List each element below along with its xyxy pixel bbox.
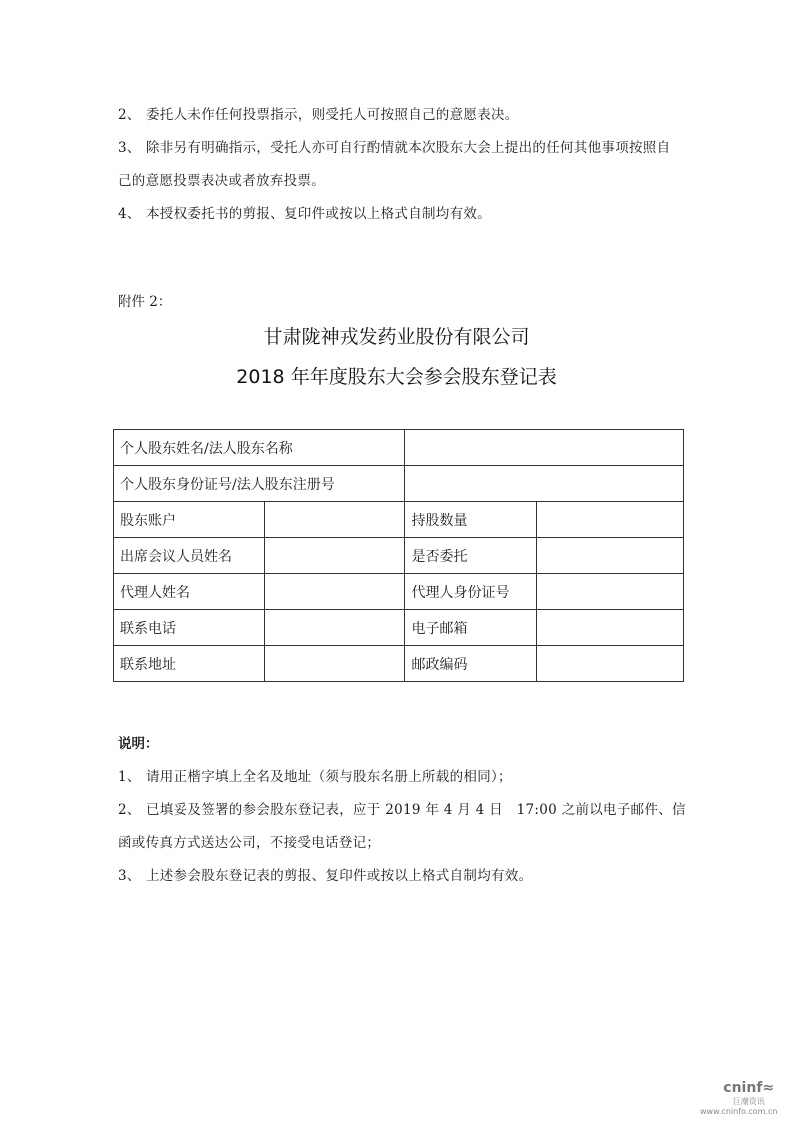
proxy-name-field[interactable] (264, 574, 405, 610)
shareholder-id-field[interactable] (405, 466, 684, 502)
note-text: 请用正楷字填上全名及地址（须与股东名册上所载的相同）； (146, 769, 512, 785)
shareholder-account-field[interactable] (264, 502, 405, 538)
field-label: 联系电话 (114, 610, 265, 646)
field-label: 电子邮箱 (405, 610, 537, 646)
is-proxy-field[interactable] (537, 538, 684, 574)
form-row: 出席会议人员姓名 是否委托 (114, 538, 684, 574)
note-number: 3、 (118, 864, 146, 884)
proxy-note-text: 除非另有明确指示，受托人亦可自行酌情就本次股东大会上提出的任何其他事项按照自 (146, 140, 670, 156)
swirl-logo-icon: ≈ (762, 1080, 774, 1096)
form-row: 股东账户 持股数量 (114, 502, 684, 538)
brand-text: cninf (723, 1080, 762, 1096)
form-title: 2018 年年度股东大会参会股东登记表 (0, 362, 793, 389)
cninfo-logo: cninf≈ (720, 1080, 777, 1096)
proxy-note-text: 本授权委托书的剪报、复印件或按以上格式自制均有效。 (146, 206, 491, 222)
note-item-1: 1、请用正楷字填上全名及地址（须与股东名册上所载的相同）； (118, 765, 512, 785)
field-label: 股东账户 (114, 502, 265, 538)
form-row: 代理人姓名 代理人身份证号 (114, 574, 684, 610)
note-item-3: 3、上述参会股东登记表的剪报、复印件或按以上格式自制均有效。 (118, 864, 532, 884)
field-label: 是否委托 (405, 538, 537, 574)
note-number: 1、 (118, 765, 146, 785)
note-text: 上述参会股东登记表的剪报、复印件或按以上格式自制均有效。 (146, 868, 532, 884)
cninfo-watermark: cninf≈ 巨潮资讯 www.cninfo.com.cn (720, 1080, 777, 1116)
proxy-note-text: 委托人未作任何投票指示，则受托人可按照自己的意愿表决。 (146, 107, 519, 123)
note-item-2-continued: 函或传真方式送达公司，不接受电话登记； (118, 831, 380, 851)
form-row-shareholder-name: 个人股东姓名/法人股东名称 (114, 430, 684, 466)
address-field[interactable] (264, 646, 405, 682)
form-row: 联系地址 邮政编码 (114, 646, 684, 682)
phone-field[interactable] (264, 610, 405, 646)
field-label: 代理人身份证号 (405, 574, 537, 610)
proxy-note-number: 2、 (118, 103, 146, 123)
proxy-id-field[interactable] (537, 574, 684, 610)
field-label: 持股数量 (405, 502, 537, 538)
registration-form-table: 个人股东姓名/法人股东名称 个人股东身份证号/法人股东注册号 股东账户 持股数量… (113, 429, 684, 682)
field-label: 出席会议人员姓名 (114, 538, 265, 574)
attachment-label: 附件 2： (118, 290, 171, 310)
field-label: 个人股东身份证号/法人股东注册号 (114, 466, 405, 502)
note-number: 2、 (118, 798, 146, 818)
shares-held-field[interactable] (537, 502, 684, 538)
shareholder-name-field[interactable] (405, 430, 684, 466)
field-label: 联系地址 (114, 646, 265, 682)
field-label: 个人股东姓名/法人股东名称 (114, 430, 405, 466)
form-row: 联系电话 电子邮箱 (114, 610, 684, 646)
brand-cn-text: 巨潮资讯 (720, 1096, 777, 1107)
field-label: 邮政编码 (405, 646, 537, 682)
proxy-note-2: 2、委托人未作任何投票指示，则受托人可按照自己的意愿表决。 (118, 103, 519, 123)
note-item-2: 2、已填妥及签署的参会股东登记表，应于 2019 年 4 月 4 日 17:00… (118, 798, 686, 818)
postal-code-field[interactable] (537, 646, 684, 682)
proxy-note-4: 4、本授权委托书的剪报、复印件或按以上格式自制均有效。 (118, 202, 491, 222)
proxy-note-3-continued: 己的意愿投票表决或者放弃投票。 (118, 169, 325, 189)
proxy-note-number: 4、 (118, 202, 146, 222)
email-field[interactable] (537, 610, 684, 646)
form-row-shareholder-id: 个人股东身份证号/法人股东注册号 (114, 466, 684, 502)
field-label: 代理人姓名 (114, 574, 265, 610)
proxy-note-3: 3、除非另有明确指示，受托人亦可自行酌情就本次股东大会上提出的任何其他事项按照自 (118, 136, 670, 156)
brand-url: www.cninfo.com.cn (700, 1107, 777, 1116)
proxy-note-number: 3、 (118, 136, 146, 156)
company-title: 甘肃陇神戎发药业股份有限公司 (0, 322, 793, 349)
note-text: 已填妥及签署的参会股东登记表，应于 2019 年 4 月 4 日 17:00 之… (146, 802, 686, 818)
attendee-name-field[interactable] (264, 538, 405, 574)
notes-title: 说明： (118, 732, 159, 752)
